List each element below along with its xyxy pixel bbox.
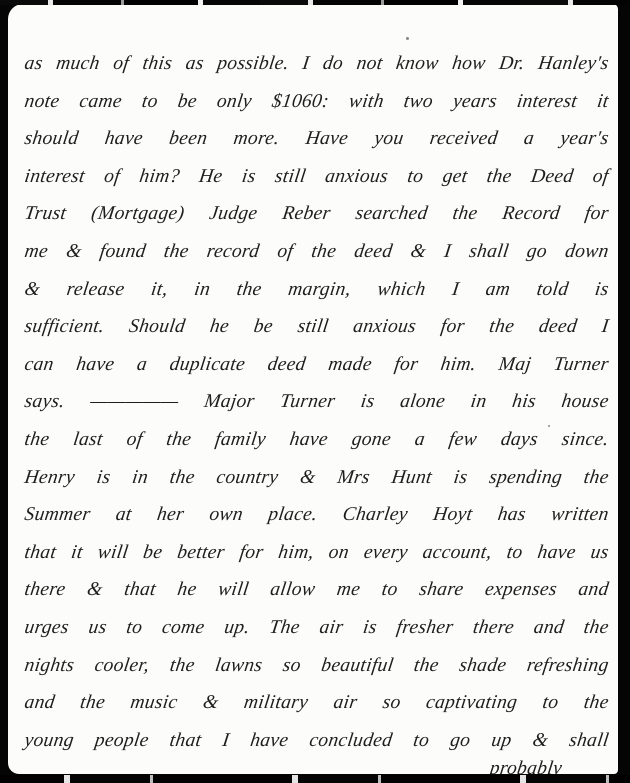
scan-edge-top (0, 0, 630, 5)
scanned-letter: as much of this as possible. I do not kn… (0, 0, 630, 783)
handwritten-line: sufficient. Should he be still anxious f… (22, 308, 611, 346)
handwritten-line: note came to be only $1060: with two yea… (22, 83, 611, 121)
handwritten-line: can have a duplicate deed made for him. … (22, 346, 611, 384)
handwritten-line: as much of this as possible. I do not kn… (22, 45, 611, 83)
handwritten-line: me & found the record of the deed & I sh… (22, 233, 611, 271)
handwritten-line: the last of the family have gone a few d… (22, 421, 611, 459)
handwritten-line: should have been more. Have you received… (22, 120, 611, 158)
handwritten-line: & release it, in the margin, which I am … (22, 271, 611, 309)
catchword: probably (22, 759, 609, 774)
handwritten-line: there & that he will allow me to share e… (22, 571, 611, 609)
scan-edge-bottom (0, 775, 630, 783)
letter-body: as much of this as possible. I do not kn… (8, 4, 618, 774)
handwritten-line: and the music & military air so captivat… (22, 684, 611, 722)
scan-speck (548, 425, 550, 427)
scan-speck (308, 587, 310, 589)
handwritten-line: Trust (Mortgage) Judge Reber searched th… (22, 195, 611, 233)
handwritten-line: that it will be better for him, on every… (22, 534, 611, 572)
handwritten-line: urges us to come up. The air is fresher … (22, 609, 611, 647)
letter-page: as much of this as possible. I do not kn… (8, 4, 618, 774)
handwritten-line: Henry is in the country & Mrs Hunt is sp… (22, 459, 611, 497)
handwritten-line: interest of him? He is still anxious to … (22, 158, 611, 196)
handwritten-line: nights cooler, the lawns so beautiful th… (22, 647, 611, 685)
handwritten-line-with-dash: says. ————— Major Turner is alone in his… (22, 383, 611, 421)
scan-speck (172, 251, 174, 253)
handwritten-line: young people that I have concluded to go… (22, 722, 611, 760)
scan-speck (406, 37, 409, 40)
handwritten-line: Summer at her own place. Charley Hoyt ha… (22, 496, 611, 534)
